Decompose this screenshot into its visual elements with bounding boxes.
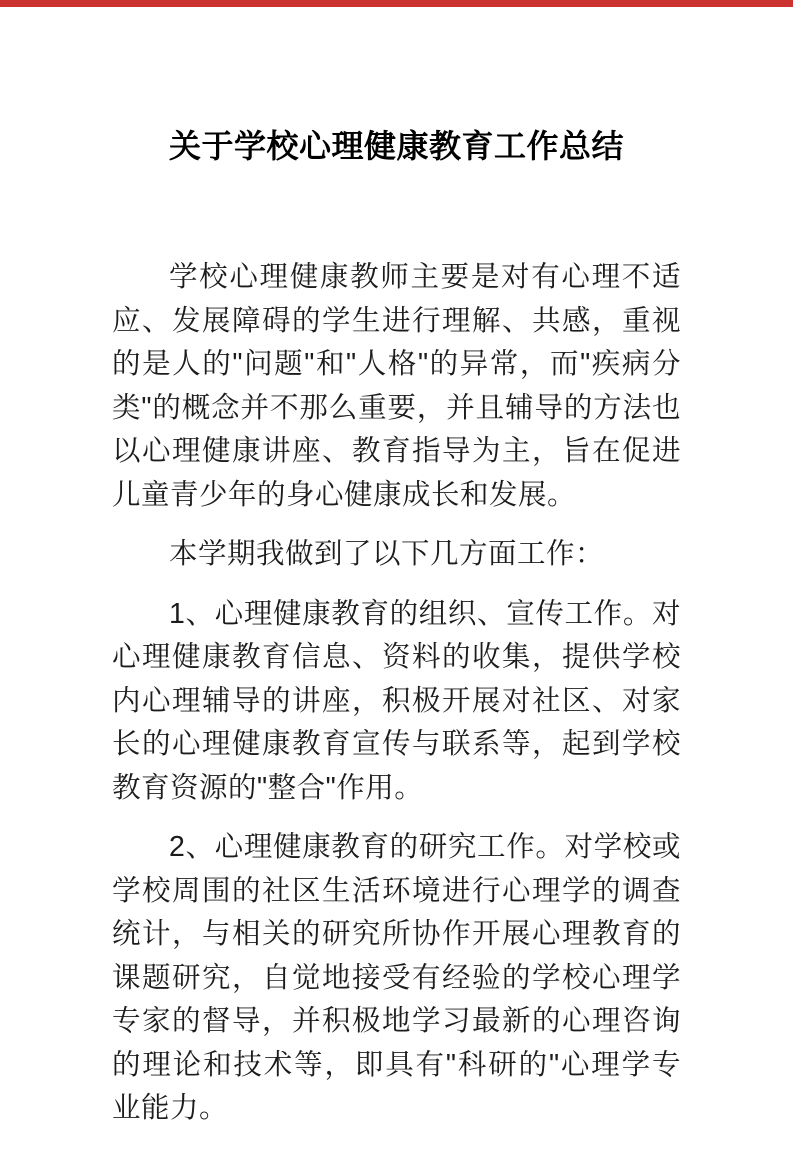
- document-title: 关于学校心理健康教育工作总结: [112, 125, 681, 168]
- paragraph-item-2: 2、心理健康教育的研究工作。对学校或学校周围的社区生活环境进行心理学的调查统计，…: [112, 826, 681, 1131]
- paragraph-lead-in: 本学期我做到了以下几方面工作：: [112, 533, 681, 577]
- top-red-bar: [0, 0, 793, 7]
- document-content: 关于学校心理健康教育工作总结 学校心理健康教师主要是对有心理不适应、发展障碍的学…: [0, 7, 793, 1171]
- paragraph-item-1: 1、心理健康教育的组织、宣传工作。对心理健康教育信息、资料的收集，提供学校内心理…: [112, 593, 681, 811]
- paragraph-intro: 学校心理健康教师主要是对有心理不适应、发展障碍的学生进行理解、共感，重视的是人的…: [112, 256, 681, 517]
- document-page: 关于学校心理健康教育工作总结 学校心理健康教师主要是对有心理不适应、发展障碍的学…: [0, 0, 793, 1171]
